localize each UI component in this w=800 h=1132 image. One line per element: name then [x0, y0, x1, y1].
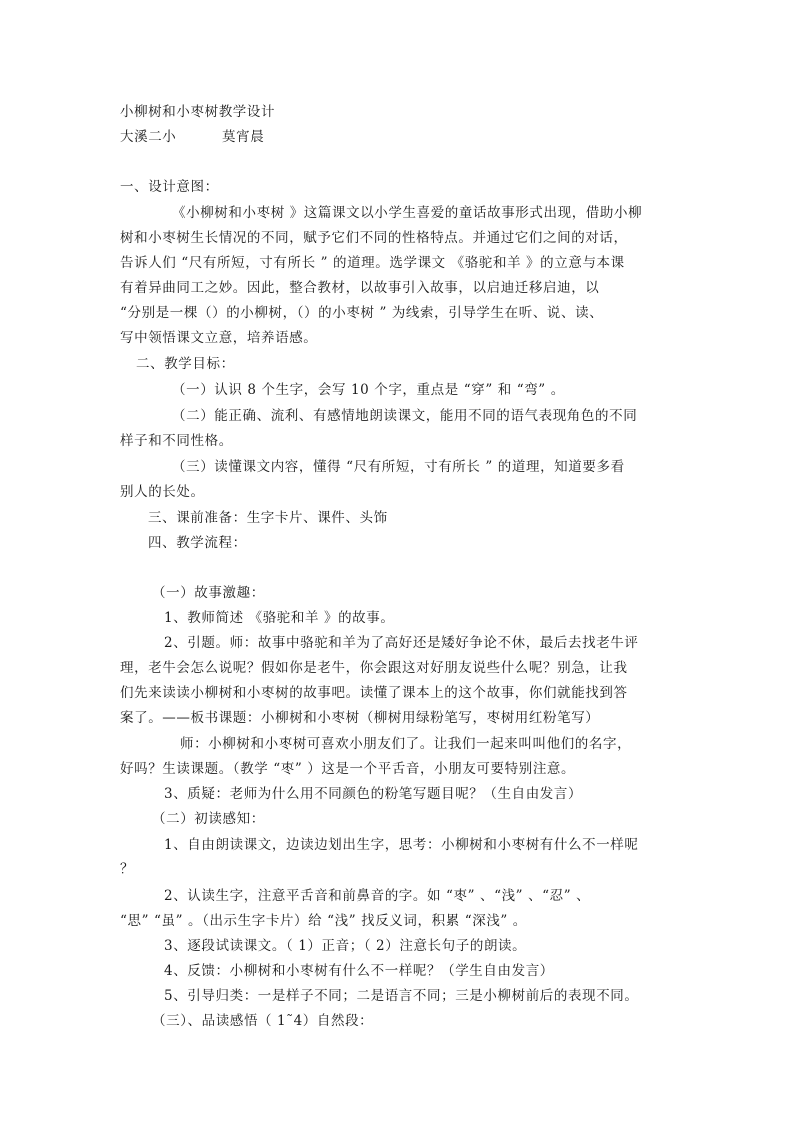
author-name: 莫宵晨: [222, 128, 264, 146]
section2-heading: 二、教学目标：: [136, 355, 235, 373]
flow-line: 2、引题。师：故事中骆驼和羊为了高好还是矮好争论不休，最后去找老牛评: [164, 634, 639, 652]
section1-line: “分别是一棵（）的小柳树，（）的小枣树 ” 为线索，引导学生在听、说、读、: [120, 304, 603, 322]
objective-1: （一）认识 8 个生字，会写 10 个字，重点是 “穿” 和 “弯” 。: [172, 381, 565, 399]
flow-line: 5、引导归类：一是样子不同；二是语言不同；三是小柳树前后的表现不同。: [164, 987, 639, 1005]
section1-line: 有着异曲同工之妙。因此，整合教材，以故事引入故事，以启迪迁移启迪，以: [120, 279, 599, 297]
flow-line: 1、教师简述 《骆驼和羊 》的故事。: [164, 609, 394, 627]
part1-heading: （一）故事激趣：: [152, 584, 265, 602]
flow-line: 案了。——板书课题：小柳树和小枣树（柳树用绿粉笔写，枣树用红粉笔写）: [120, 709, 599, 727]
flow-line: 好吗？生读课题。（教学 “枣” ）这是一个平舌音，小朋友可要特别注意。: [120, 760, 575, 778]
flow-line: 3、质疑：老师为什么用不同颜色的粉笔写题目呢？（生自由发言）: [164, 785, 582, 803]
section1-line: 写中领悟课文立意，培养语感。: [120, 329, 317, 347]
objective-2: （二）能正确、流利、有感情地朗读课文，能用不同的语气表现角色的不同: [172, 407, 637, 425]
flow-line: 理，老牛会怎么说呢？假如你是老牛，你会跟这对好朋友说些什么呢？别急，让我: [120, 659, 628, 677]
document-page: 小柳树和小枣树教学设计 大溪二小 莫宵晨 一、设计意图： 《小柳树和小枣树 》这…: [0, 0, 800, 1132]
doc-title: 小柳树和小枣树教学设计: [120, 103, 275, 121]
part2-heading: （二）初读感知：: [152, 810, 265, 828]
objective-2-cont: 样子和不同性格。: [120, 432, 233, 450]
flow-line: 4、反馈：小柳树和小枣树有什么不一样呢？（学生自由发言）: [164, 962, 554, 980]
objective-3-cont: 别人的长处。: [120, 483, 205, 501]
section1-line: 树和小枣树生长情况的不同，赋予它们不同的性格特点。并通过它们之间的对话，: [120, 229, 628, 247]
section1-heading: 一、设计意图：: [120, 178, 219, 196]
flow-line: 3、逐段试读课文。（ 1）正音；（ 2）注意长句子的朗读。: [164, 937, 526, 955]
flow-line: 2、认读生字，注意平舌音和前鼻音的字。如 “枣” 、“浅” 、“忍” 、: [164, 887, 590, 905]
flow-line: 1、自由朗读课文，边读边划出生字，思考：小柳树和小枣树有什么不一样呢: [164, 836, 639, 854]
school-name: 大溪二小: [120, 128, 176, 146]
flow-line: 们先来读读小柳树和小枣树的故事吧。读懂了课本上的这个故事，你们就能找到答: [120, 684, 628, 702]
flow-line: ？: [120, 860, 134, 878]
flow-line: “思” “虽” 。（出示生字卡片）给 “浅” 找反义词，积累 “深浅” 。: [120, 912, 527, 930]
section3-heading: 三、课前准备：生字卡片、课件、头饰: [148, 509, 388, 527]
objective-3: （三）读懂课文内容，懂得 “尺有所短，寸有所长 ” 的道理，知道要多看: [172, 458, 625, 476]
section1-line: 告诉人们 “尺有所短，寸有所长 ” 的道理。选学课文 《骆驼和羊 》的立意与本课: [120, 254, 625, 272]
flow-line: 师：小柳树和小枣树可喜欢小朋友们了。让我们一起来叫叫他们的名字，: [180, 735, 631, 753]
part3-heading: （三）、品读感悟（ 1˜4）自然段：: [152, 1012, 373, 1030]
section1-line: 《小柳树和小枣树 》这篇课文以小学生喜爱的童话故事形式出现，借助小柳: [172, 204, 642, 222]
section4-heading: 四、教学流程：: [148, 534, 247, 552]
